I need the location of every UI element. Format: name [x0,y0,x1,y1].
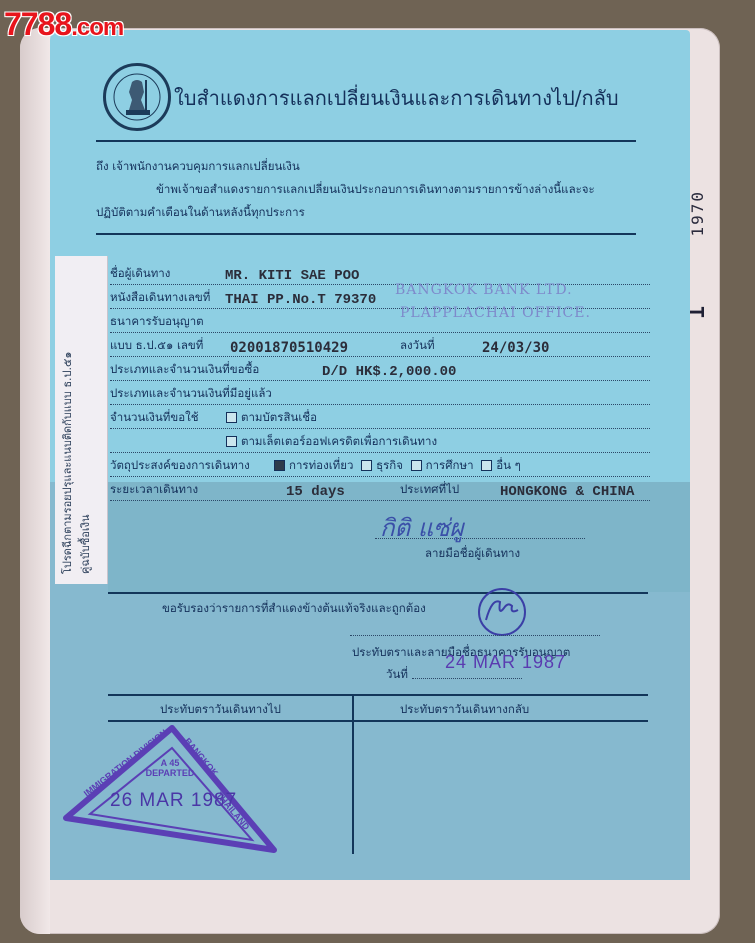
education-label: การศึกษา [426,458,474,472]
currency-purchased-value: D/D HK$.2,000.00 [322,364,456,380]
site-watermark: 7788.com [4,6,123,43]
letter-of-credit-checkbox[interactable] [226,436,237,447]
currency-purchased-row: ประเภทและจำนวนเงินที่ขอซื้อ D/D HK$.2,00… [110,360,650,381]
currency-held-label: ประเภทและจำนวนเงินที่มีอยู่แล้ว [110,385,272,403]
traveler-name-value: MR. KITI SAE POO [225,268,359,284]
amount-requested-row-2: ตามเล็ตเตอร์ออฟเครดิตเพื่อการเดินทาง [110,432,650,453]
stamp-box-separator [352,694,354,854]
traveler-signature: กิติ แซ่ผู [380,508,464,547]
duration-destination-row: ระยะเวลาเดินทาง 15 days ประเทศที่ไป HONG… [110,480,650,501]
form-no-row: แบบ ธ.ป.๕๑ เลขที่ 02001870510429 ลงวันที… [110,336,650,357]
certification-divider [108,592,648,594]
amount-requested-label: จำนวนเงินที่ขอใช้ [110,409,199,427]
authorized-bank-label: ธนาคารรับอนุญาต [110,313,204,331]
header-divider [96,140,636,142]
tear-off-line-1: โปรดฉีกตามรอยปรุและแนบติดกับแบบ ธ.ป.๕๑ [59,264,77,574]
business-label: ธุรกิจ [376,458,403,472]
form-no-value: 02001870510429 [230,340,348,356]
stamp-box-top-divider [108,694,648,696]
amount-option-letter-of-credit[interactable]: ตามเล็ตเตอร์ออฟเครดิตเพื่อการเดินทาง [222,433,437,451]
duration-value: 15 days [286,484,345,500]
bank-sign-line [350,635,600,636]
watermark-brand: 7788 [4,6,71,42]
tear-off-tab: โปรดฉีกตามรอยปรุและแนบติดกับแบบ ธ.ป.๕๑ ค… [55,256,108,584]
certification-date-label: วันที่ [386,666,408,684]
currency-purchased-label: ประเภทและจำนวนเงินที่ขอซื้อ [110,361,259,379]
amount-requested-row: จำนวนเงินที่ขอใช้ ตามบัตรสินเชื่อ [110,408,650,429]
tear-off-line-2: คู่ฉบับซื้อเงิน [77,264,95,574]
bank-of-thailand-seal-icon [103,63,171,131]
destination-value: HONGKONG & CHINA [500,484,634,500]
form-no-label: แบบ ธ.ป.๕๑ เลขที่ [110,337,203,355]
education-checkbox[interactable] [411,460,422,471]
amount-option-credit-card[interactable]: ตามบัตรสินเชื่อ [222,409,317,427]
declaration-divider [96,233,636,235]
certification-date-line [412,678,522,679]
immigration-departure-stamp: 26 MAR 1987 A 45 DEPARTED IMMIGRATION DI… [60,722,290,876]
credit-card-option-label: ตามบัตรสินเชื่อ [241,410,317,424]
purpose-row: วัตถุประสงค์ของการเดินทาง การท่องเที่ยว … [110,456,650,477]
purpose-options: การท่องเที่ยว ธุรกิจ การศึกษา อื่น ๆ [270,457,521,475]
bank-signature-seal-icon [478,588,526,636]
departure-code: A 45 [140,758,200,768]
tear-off-instructions: โปรดฉีกตามรอยปรุและแนบติดกับแบบ ธ.ป.๕๑ ค… [59,264,95,574]
watermark-suffix: .com [71,14,123,41]
tourism-checkbox[interactable] [274,460,285,471]
certification-statement: ขอรับรองว่ารายการที่สำแดงข้างต้นแท้จริงแ… [162,600,426,618]
other-checkbox[interactable] [481,460,492,471]
form-title: ใบสำแดงการแลกเปลี่ยนเงินและการเดินทางไป/… [174,82,619,114]
tourism-label: การท่องเที่ยว [289,458,353,472]
departure-status: A 45 DEPARTED [140,758,200,778]
passport-no-value: THAI PP.No.T 79370 [225,292,376,308]
traveler-name-label: ชื่อผู้เดินทาง [110,265,170,283]
declaration-line-2: ปฏิบัติตามคำเตือนในด้านหลังนี้ทุกประการ [96,204,305,222]
addressee-line: ถึง เจ้าพนักงานควบคุมการแลกเปลี่ยนเงิน [96,158,300,176]
dated-label: ลงวันที่ [400,337,435,355]
duration-label: ระยะเวลาเดินทาง [110,481,198,499]
business-checkbox[interactable] [361,460,372,471]
bank-stamp-line-2: PLAPPLACHAI OFFICE. [400,305,591,321]
signature-caption: ลายมือชื่อผู้เดินทาง [425,545,520,563]
credit-card-checkbox[interactable] [226,412,237,423]
declaration-line-1: ข้าพเจ้าขอสำแดงรายการแลกเปลี่ยนเงินประกอ… [156,181,595,199]
dated-value: 24/03/30 [482,340,549,356]
passport-no-label: หนังสือเดินทางเลขที่ [110,289,210,307]
booklet-edge-number: 1970 [688,190,707,237]
bank-stamp-line-1: BANGKOK BANK LTD. [395,282,573,298]
destination-label: ประเทศที่ไป [400,481,459,499]
booklet-fold [20,28,50,934]
return-stamp-label: ประทับตราวันเดินทางกลับ [400,701,529,719]
currency-held-row: ประเภทและจำนวนเงินที่มีอยู่แล้ว [110,384,650,405]
other-label: อื่น ๆ [496,458,521,472]
departure-status-text: DEPARTED [140,768,200,778]
letter-of-credit-option-label: ตามเล็ตเตอร์ออฟเครดิตเพื่อการเดินทาง [241,434,437,448]
certification-date-stamp: 24 MAR 1987 [445,652,566,673]
purpose-label: วัตถุประสงค์ของการเดินทาง [110,457,250,475]
departure-stamp-label: ประทับตราวันเดินทางไป [160,701,281,719]
